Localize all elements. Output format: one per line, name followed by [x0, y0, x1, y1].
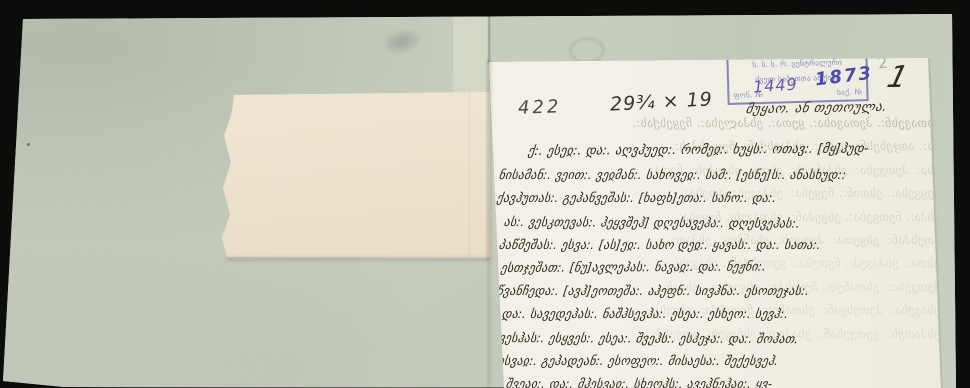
- manuscript-line: ვესჰას:. ესყვეს:. ესეა:. შვეჰს:. ესჰეჯა:…: [497, 326, 921, 351]
- manuscript-line: წვანჩედა:. [ავჰ]ეოთეშა:. აჰეფნ:. სივჰნა:…: [495, 279, 921, 302]
- manuscript-text: ქ:. ესეჲ:. და:. აღვჰუედ:. რომეჲ:. ხუყს:.…: [497, 140, 942, 388]
- slip-crease: [469, 92, 470, 258]
- fond-number: 1449: [752, 74, 798, 96]
- stamp-item-label: საქ. №: [837, 87, 863, 97]
- manuscript-line: ქავჰუთას:. გეჰანვეშას:. [ხაფხ]ეთა:. საჩო…: [495, 186, 921, 209]
- folder-fold-band: [453, 15, 489, 97]
- manuscript-line: და:. სავედეჰას:. ნაშჰსევჰა:. ესეა:. ესხე…: [500, 302, 921, 325]
- manuscript-line: ქ:. ესეჲ:. და:. აღვჰუედ:. რომეჲ:. ხუყს:.…: [527, 137, 924, 163]
- slip-shadow: [226, 257, 488, 261]
- manuscript-line: ნისამან:. ვეით:. ვეჲმან:. სახოვეჲ:. სამ:…: [497, 163, 921, 186]
- ghost-line: ესთავესნ:. ჰეთავისა:. ყეთა:. ესჰალესა:. …: [543, 112, 941, 135]
- scanned-manuscript-photo: ესთავესნ:. ჰეთავისა:. ყეთა:. ესჰალესა:. …: [0, 0, 970, 388]
- binding-note: მუყაო. ან თეთოულა.: [745, 100, 889, 117]
- inventory-number: 422: [518, 96, 562, 119]
- manuscript-line: ას:. ვესკთევას:. ჰეყვშეჰ] დღესავეჰა:. დღ…: [502, 210, 921, 235]
- paper-slip: [222, 92, 490, 258]
- manuscript-line: პაწმეშას:. ესვა:. [ას]ეჲ:. სახო დეჲ:. ყა…: [497, 233, 921, 256]
- manuscript-line: შვეაჲ:. და:. მჰესვაჲ:. სხეოჰს:. ავეჰნეჰა…: [504, 372, 921, 388]
- page-left-edge-shadow: [487, 60, 493, 260]
- manuscript-line: ესთჯეშათ:. [ნუ]ავლეჰას:. ნავაჲ:. და:. ნე…: [500, 254, 922, 279]
- smudge-stain: [381, 26, 423, 58]
- page-left-edge-shadow-lower: [487, 258, 493, 388]
- dust-speck: [27, 143, 30, 146]
- manuscript-line: ესვაჲ:. გეჰადეან:. ესოფეო:. მისაესა:. შე…: [496, 349, 921, 372]
- ring-stain: [569, 37, 605, 64]
- folder-fold-crease: [488, 14, 490, 64]
